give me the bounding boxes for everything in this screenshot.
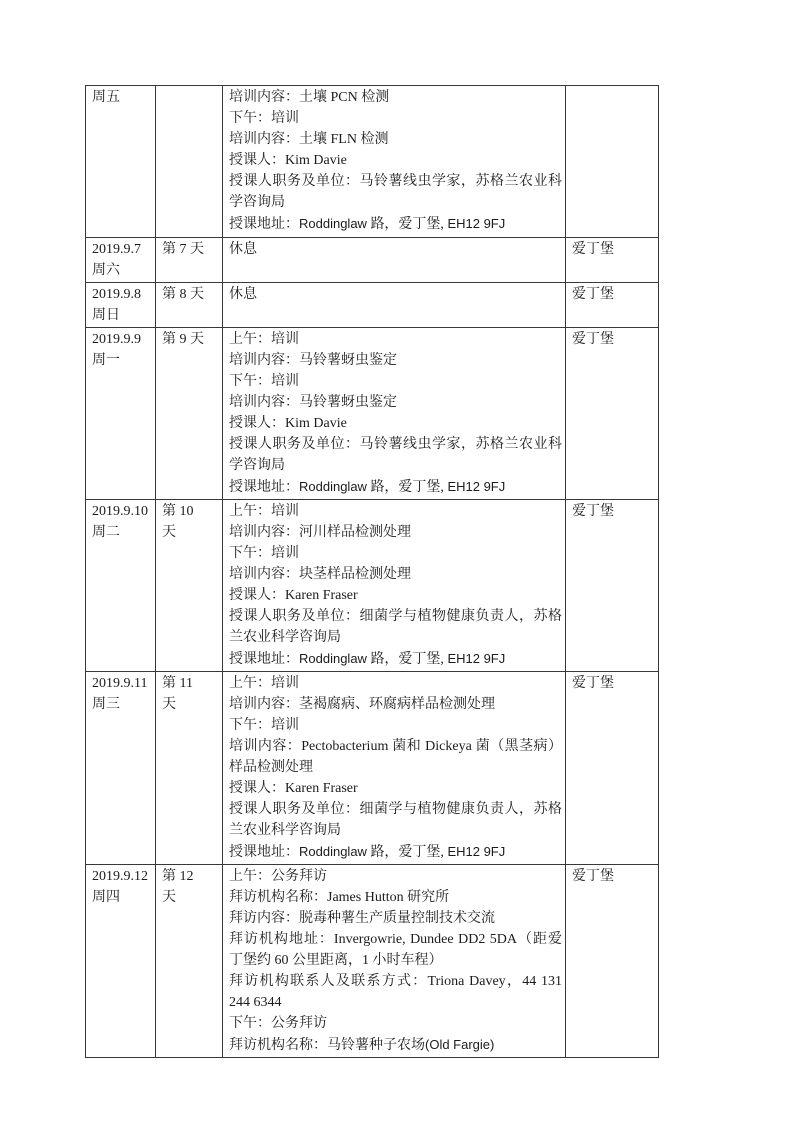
- date-cell: 2019.9.10 周二: [86, 500, 156, 672]
- date-text: 2019.9.12 周四: [92, 866, 152, 908]
- date-cell: 周五: [86, 86, 156, 238]
- date-text: 2019.9.11 周三: [92, 673, 152, 715]
- date-cell: 2019.9.7 周六: [86, 238, 156, 283]
- content-cell: 上午：公务拜访拜访机构名称：James Hutton 研究所拜访内容：脱毒种薯生…: [223, 865, 566, 1058]
- content-cell: 上午：培训培训内容：马铃薯蚜虫鉴定下午：培训培训内容：马铃薯蚜虫鉴定授课人：Ki…: [223, 328, 566, 500]
- location-cell: 爱丁堡: [566, 238, 659, 283]
- date-cell: 2019.9.12 周四: [86, 865, 156, 1058]
- location-text: 爱丁堡: [572, 239, 655, 260]
- date-cell: 2019.9.8 周日: [86, 283, 156, 328]
- table-row: 周五培训内容：土壤 PCN 检测下午：培训培训内容：土壤 FLN 检测授课人：K…: [86, 86, 659, 238]
- content-line: 上午：公务拜访: [229, 866, 562, 887]
- content-line: 拜访内容：脱毒种薯生产质量控制技术交流: [229, 908, 562, 929]
- schedule-table-body: 周五培训内容：土壤 PCN 检测下午：培训培训内容：土壤 FLN 检测授课人：K…: [86, 86, 659, 1058]
- content-line: 下午：公务拜访: [229, 1013, 562, 1034]
- date-text: 周五: [92, 87, 152, 108]
- content-line: 培训内容：茎褐腐病、环腐病样品检测处理: [229, 694, 562, 715]
- document-page: 周五培训内容：土壤 PCN 检测下午：培训培训内容：土壤 FLN 检测授课人：K…: [0, 0, 800, 1131]
- location-cell: 爱丁堡: [566, 283, 659, 328]
- content-cell: 上午：培训培训内容：河川样品检测处理下午：培训培训内容：块茎样品检测处理授课人：…: [223, 500, 566, 672]
- day-number-text: 第 12 天: [162, 866, 219, 908]
- content-line: 拜访机构名称：马铃薯种子农场(Old Fargie): [229, 1034, 562, 1056]
- table-row: 2019.9.12 周四第 12 天上午：公务拜访拜访机构名称：James Hu…: [86, 865, 659, 1058]
- day-number-text: 第 9 天: [162, 329, 219, 350]
- latin-sans-text: Roddinglaw: [299, 844, 367, 859]
- latin-sans-text: EH12 9FJ: [447, 651, 505, 666]
- content-line: 授课人：Kim Davie: [229, 150, 562, 171]
- content-line: 休息: [229, 284, 562, 305]
- content-line: 休息: [229, 239, 562, 260]
- date-text: 2019.9.7 周六: [92, 239, 152, 281]
- day-number-cell: 第 9 天: [156, 328, 223, 500]
- location-cell: [566, 86, 659, 238]
- table-row: 2019.9.7 周六第 7 天休息爱丁堡: [86, 238, 659, 283]
- day-number-text: 第 7 天: [162, 239, 219, 260]
- content-line: 拜访机构地址：Invergowrie, Dundee DD2 5DA（距爱丁堡约…: [229, 929, 562, 971]
- content-cell: 上午：培训培训内容：茎褐腐病、环腐病样品检测处理下午：培训培训内容：Pectob…: [223, 672, 566, 865]
- location-cell: 爱丁堡: [566, 672, 659, 865]
- latin-sans-text: (Old Fargie): [425, 1037, 494, 1052]
- content-line: 培训内容：土壤 PCN 检测: [229, 87, 562, 108]
- content-cell: 休息: [223, 238, 566, 283]
- location-text: 爱丁堡: [572, 284, 655, 305]
- content-cell: 休息: [223, 283, 566, 328]
- content-line: 培训内容：马铃薯蚜虫鉴定: [229, 350, 562, 371]
- latin-sans-text: Roddinglaw: [299, 651, 367, 666]
- content-line: 授课人职务及单位：细菌学与植物健康负责人，苏格兰农业科学咨询局: [229, 606, 562, 648]
- table-row: 2019.9.10 周二第 10 天上午：培训培训内容：河川样品检测处理下午：培…: [86, 500, 659, 672]
- content-line: 授课地址：Roddinglaw 路，爱丁堡, EH12 9FJ: [229, 648, 562, 670]
- date-text: 2019.9.9 周一: [92, 329, 152, 371]
- content-line: 上午：培训: [229, 501, 562, 522]
- location-text: 爱丁堡: [572, 501, 655, 522]
- day-number-cell: 第 7 天: [156, 238, 223, 283]
- location-text: 爱丁堡: [572, 329, 655, 350]
- day-number-cell: [156, 86, 223, 238]
- day-number-text: 第 8 天: [162, 284, 219, 305]
- table-row: 2019.9.8 周日第 8 天休息爱丁堡: [86, 283, 659, 328]
- content-line: 下午：培训: [229, 543, 562, 564]
- content-line: 授课人：Karen Fraser: [229, 778, 562, 799]
- content-line: 授课地址：Roddinglaw 路，爱丁堡, EH12 9FJ: [229, 476, 562, 498]
- content-line: 培训内容：块茎样品检测处理: [229, 564, 562, 585]
- location-cell: 爱丁堡: [566, 328, 659, 500]
- content-line: 授课人职务及单位：细菌学与植物健康负责人，苏格兰农业科学咨询局: [229, 799, 562, 841]
- date-text: 2019.9.8 周日: [92, 284, 152, 326]
- location-cell: 爱丁堡: [566, 500, 659, 672]
- content-line: 培训内容：Pectobacterium 菌和 Dickeya 菌（黑茎病）样品检…: [229, 736, 562, 778]
- latin-sans-text: Roddinglaw: [299, 216, 367, 231]
- latin-sans-text: Roddinglaw: [299, 479, 367, 494]
- content-line: 授课人：Karen Fraser: [229, 585, 562, 606]
- table-row: 2019.9.9 周一第 9 天上午：培训培训内容：马铃薯蚜虫鉴定下午：培训培训…: [86, 328, 659, 500]
- day-number-cell: 第 12 天: [156, 865, 223, 1058]
- content-line: 培训内容：马铃薯蚜虫鉴定: [229, 392, 562, 413]
- date-cell: 2019.9.9 周一: [86, 328, 156, 500]
- content-line: 授课地址：Roddinglaw 路，爱丁堡, EH12 9FJ: [229, 213, 562, 235]
- content-line: 拜访机构名称：James Hutton 研究所: [229, 887, 562, 908]
- content-line: 上午：培训: [229, 673, 562, 694]
- day-number-text: 第 11 天: [162, 673, 219, 715]
- content-cell: 培训内容：土壤 PCN 检测下午：培训培训内容：土壤 FLN 检测授课人：Kim…: [223, 86, 566, 238]
- latin-sans-text: EH12 9FJ: [447, 844, 505, 859]
- day-number-cell: 第 10 天: [156, 500, 223, 672]
- content-line: 下午：培训: [229, 108, 562, 129]
- schedule-table: 周五培训内容：土壤 PCN 检测下午：培训培训内容：土壤 FLN 检测授课人：K…: [85, 85, 659, 1058]
- content-line: 下午：培训: [229, 371, 562, 392]
- content-line: 培训内容：河川样品检测处理: [229, 522, 562, 543]
- date-text: 2019.9.10 周二: [92, 501, 152, 543]
- content-line: 授课人职务及单位：马铃薯线虫学家，苏格兰农业科学咨询局: [229, 434, 562, 476]
- day-number-cell: 第 11 天: [156, 672, 223, 865]
- latin-sans-text: EH12 9FJ: [447, 479, 505, 494]
- content-line: 上午：培训: [229, 329, 562, 350]
- location-text: 爱丁堡: [572, 673, 655, 694]
- latin-sans-text: EH12 9FJ: [447, 216, 505, 231]
- content-line: 拜访机构联系人及联系方式：Triona Davey，44 131 244 634…: [229, 971, 562, 1013]
- location-cell: 爱丁堡: [566, 865, 659, 1058]
- content-line: 授课人职务及单位：马铃薯线虫学家，苏格兰农业科学咨询局: [229, 171, 562, 213]
- date-cell: 2019.9.11 周三: [86, 672, 156, 865]
- day-number-text: 第 10 天: [162, 501, 219, 543]
- table-row: 2019.9.11 周三第 11 天上午：培训培训内容：茎褐腐病、环腐病样品检测…: [86, 672, 659, 865]
- content-line: 授课人：Kim Davie: [229, 413, 562, 434]
- day-number-cell: 第 8 天: [156, 283, 223, 328]
- content-line: 培训内容：土壤 FLN 检测: [229, 129, 562, 150]
- content-line: 下午：培训: [229, 715, 562, 736]
- content-line: 授课地址：Roddinglaw 路，爱丁堡, EH12 9FJ: [229, 841, 562, 863]
- location-text: 爱丁堡: [572, 866, 655, 887]
